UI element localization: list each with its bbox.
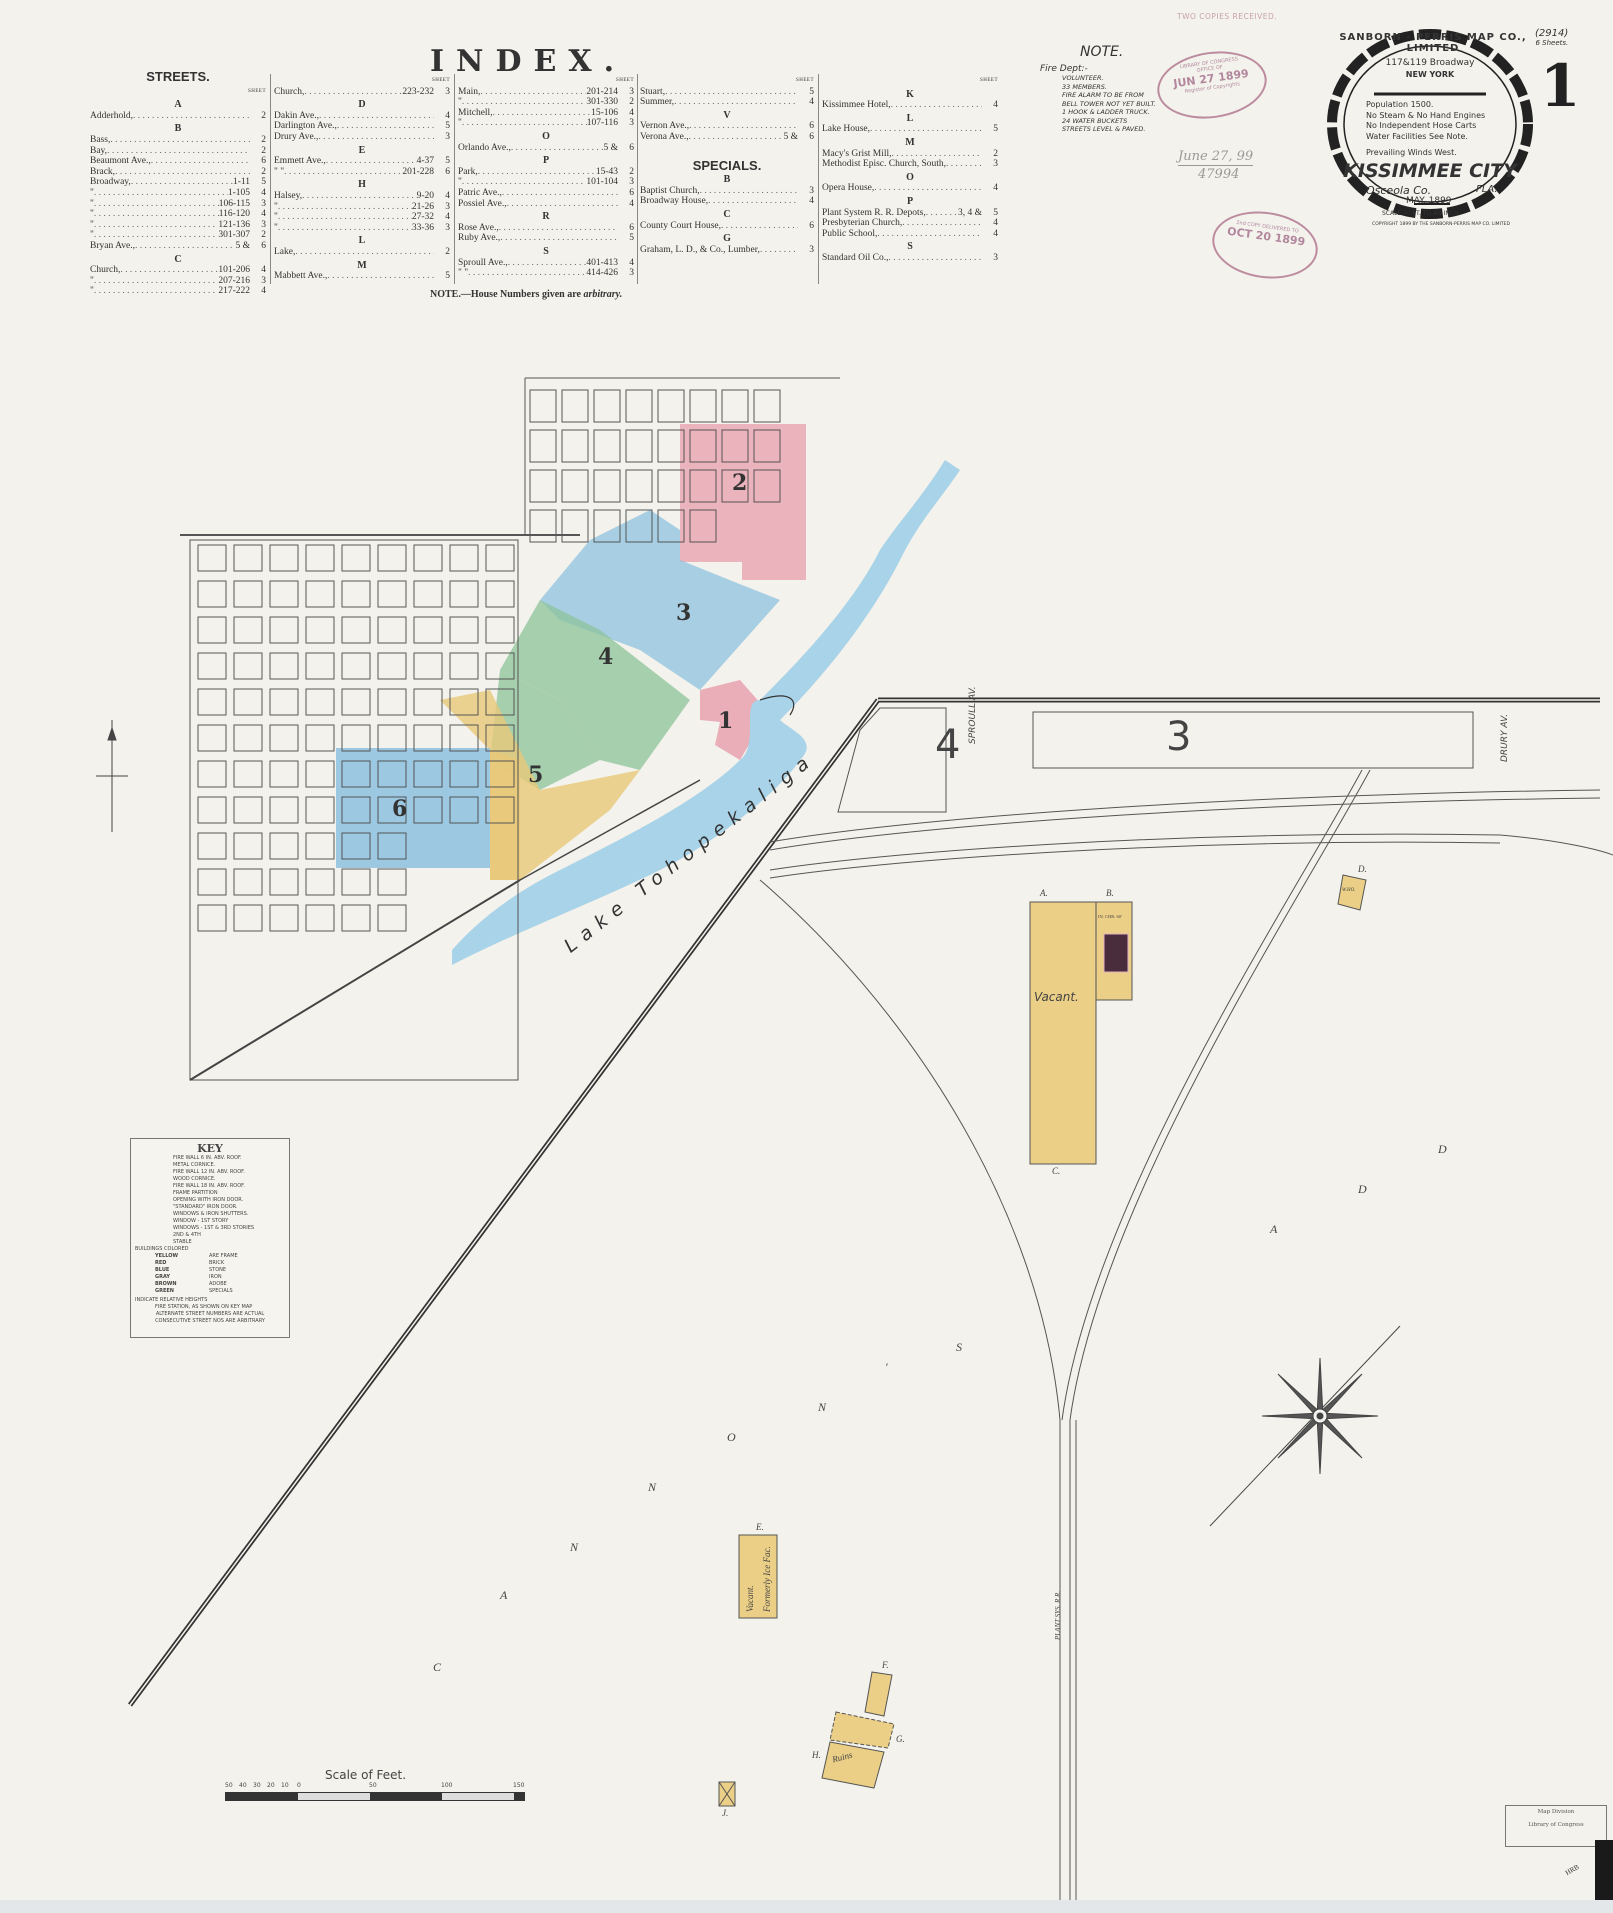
block-4-label: 4 — [935, 722, 960, 768]
city-block — [414, 725, 442, 751]
leader-dots — [480, 87, 586, 98]
index-entry-name: Possiel Ave., — [458, 199, 507, 210]
index-entry-range: 5 & — [235, 241, 250, 252]
index-entry-sheet: 2 — [250, 135, 266, 146]
index-entry-sheet: 3 — [618, 268, 634, 279]
leader-dots — [502, 188, 618, 199]
index-entry-sheet: 2 — [250, 146, 266, 157]
index-row: Brack,2 — [90, 167, 266, 178]
city-block — [234, 797, 262, 823]
key-item: Windows & iron shutters. — [173, 1211, 285, 1218]
city-block — [234, 617, 262, 643]
compass-rose-icon — [1210, 1326, 1400, 1526]
index-row: "217-2224 — [90, 286, 266, 297]
building-f[interactable] — [865, 1672, 892, 1716]
note-line: Volunteer. — [1062, 74, 1156, 83]
index-entry-sheet: 4 — [982, 229, 998, 240]
index-entry-sheet: 6 — [250, 241, 266, 252]
index-entry-name: Halsey, — [274, 191, 302, 202]
index-column: SHEETStuart,5Summer,4VVernon Ave.,6Veron… — [640, 76, 814, 255]
index-row: "1-1054 — [90, 188, 266, 199]
leader-dots — [877, 229, 982, 240]
key-item: "Standard" iron door. — [173, 1204, 285, 1211]
index-entry-name: County Court House, — [640, 221, 721, 232]
city-block — [450, 689, 478, 715]
index-entry-range: 101-206 — [218, 265, 250, 276]
index-entry-name: Bass, — [90, 135, 110, 146]
index-entry-sheet: 2 — [982, 149, 998, 160]
index-entry-sheet: 5 — [798, 87, 814, 98]
index-entry-range: 9-20 — [417, 191, 434, 202]
leader-dots — [304, 87, 402, 98]
city-block — [270, 761, 298, 787]
cannons-add-letter: N — [648, 1480, 656, 1495]
city-block — [486, 725, 514, 751]
leader-dots — [891, 100, 982, 111]
key-color-name: Red — [155, 1260, 205, 1267]
index-entry-sheet: 4 — [798, 196, 814, 207]
note-line: Streets level & paved. — [1062, 125, 1156, 134]
index-letter: O — [458, 132, 634, 143]
scale-tick: 50 — [225, 1782, 233, 1789]
key-color-row: Yelloware Frame — [155, 1253, 285, 1260]
index-row: Darlington Ave.,5 — [274, 121, 450, 132]
map-key: KEY Fire wall 6 in. abv. roof.Metal corn… — [130, 1138, 290, 1338]
city-block — [306, 689, 334, 715]
city-block — [306, 797, 334, 823]
leader-dots — [721, 221, 798, 232]
index-entry-sheet: 5 — [982, 124, 998, 135]
index-row: "101-1043 — [458, 177, 634, 188]
index-entry-sheet: 4 — [434, 111, 450, 122]
index-letter: S — [822, 242, 998, 253]
city-block — [198, 725, 226, 751]
leader-dots — [284, 167, 402, 178]
city-block — [270, 905, 298, 931]
index-entry-sheet: 6 — [618, 223, 634, 234]
city-block — [342, 869, 370, 895]
index-letter: B — [90, 124, 266, 135]
key-item: 2nd & 4th — [173, 1232, 285, 1239]
city-block — [626, 390, 652, 422]
index-entry-name: Adderhold, — [90, 111, 133, 122]
index-entry-name: Drury Ave., — [274, 132, 318, 143]
leader-dots — [278, 212, 412, 223]
streets-title: STREETS. — [90, 72, 266, 83]
city-block — [414, 797, 442, 823]
index-letter: M — [822, 138, 998, 149]
index-entry-sheet: 4 — [798, 97, 814, 108]
city-block — [198, 905, 226, 931]
index-entry-sheet: 4 — [434, 212, 450, 223]
city-block — [378, 653, 406, 679]
index-row: Baptist Church,3 — [640, 186, 814, 197]
city-block — [486, 761, 514, 787]
city-block — [486, 797, 514, 823]
leader-dots — [110, 135, 250, 146]
index-entry-sheet: 4 — [250, 265, 266, 276]
index-row: "33-363 — [274, 223, 450, 234]
index-entry-sheet: 3 — [434, 132, 450, 143]
leader-dots — [94, 220, 218, 231]
city-block — [562, 510, 588, 542]
index-entry-name: Methodist Episc. Church, South, — [822, 159, 946, 170]
index-row: Macy's Grist Mill,2 — [822, 149, 998, 160]
key-item: Fire wall 12 in. abv. roof. — [173, 1169, 285, 1176]
city-block — [342, 617, 370, 643]
city-block — [754, 430, 780, 462]
index-letter: C — [640, 210, 814, 221]
index-entry-sheet: 4 — [982, 218, 998, 229]
index-entry-name: Stuart, — [640, 87, 665, 98]
index-entry-sheet: 3 — [618, 118, 634, 129]
city-block — [754, 470, 780, 502]
leader-dots — [462, 118, 587, 129]
index-row: Possiel Ave.,4 — [458, 199, 634, 210]
index-entry-name: Lake House, — [822, 124, 870, 135]
index-entry-range: 101-104 — [586, 177, 618, 188]
index-entry-sheet: 3 — [434, 87, 450, 98]
index-entry-sheet: 4 — [250, 188, 266, 199]
scale-tick: 20 — [267, 1782, 275, 1789]
index-entry-name: Bay, — [90, 146, 107, 157]
city-block — [270, 581, 298, 607]
key-color-name: Brown — [155, 1281, 205, 1288]
city-block — [234, 545, 262, 571]
city-block — [530, 390, 556, 422]
index-row: "121-1363 — [90, 220, 266, 231]
city-block — [486, 581, 514, 607]
city-block — [450, 545, 478, 571]
leader-dots — [468, 268, 586, 279]
index-entry-range: 201-228 — [402, 167, 434, 178]
index-row: County Court House,6 — [640, 221, 814, 232]
building-g-h-ruins[interactable] — [830, 1712, 894, 1748]
city-block — [342, 725, 370, 751]
index-entry-range: 223-232 — [402, 87, 434, 98]
city-block — [378, 545, 406, 571]
city-block — [690, 470, 716, 502]
index-entry-range: 116-120 — [219, 209, 250, 220]
leader-dots — [499, 223, 618, 234]
city-block — [270, 797, 298, 823]
city-block — [486, 617, 514, 643]
index-entry-name: Church, — [90, 265, 120, 276]
index-entry-sheet: 2 — [618, 97, 634, 108]
key-color-row: RedBrick — [155, 1260, 285, 1267]
key-item: Opening with iron door. — [173, 1197, 285, 1204]
index-row: Bay,2 — [90, 146, 266, 157]
leader-dots — [107, 146, 250, 157]
index-entry-sheet: 3 — [982, 159, 998, 170]
leader-dots — [462, 177, 586, 188]
sheet-zone-number[interactable]: 5 — [528, 762, 543, 788]
scale-tick: 50 — [369, 1782, 377, 1789]
city-block — [658, 390, 684, 422]
city-block — [594, 430, 620, 462]
index-entry-sheet: 3 — [618, 177, 634, 188]
sheet-zone-number[interactable]: 3 — [676, 600, 691, 626]
index-title: INDEX. — [430, 44, 626, 79]
key-item: Fire wall 18 in. abv. roof. — [173, 1183, 285, 1190]
scale-tick: 30 — [253, 1782, 261, 1789]
key-color-name: Green — [155, 1288, 205, 1295]
key-color-name: Blue — [155, 1267, 205, 1274]
index-entry-sheet: 5 — [982, 208, 998, 219]
city-block — [626, 510, 652, 542]
index-entry-range: 5 & — [603, 143, 618, 154]
sheet-column-header: SHEET — [822, 76, 998, 87]
index-letter: P — [458, 156, 634, 167]
leader-dots — [508, 258, 587, 269]
note-line: 24 Water Buckets — [1062, 117, 1156, 126]
note-subtitle: Fire Dept:- — [1040, 64, 1156, 74]
cannons-add-letter: S — [956, 1340, 962, 1355]
city-block — [234, 761, 262, 787]
index-entry-range: 27-32 — [412, 212, 434, 223]
index-row: Mitchell,15-1064 — [458, 108, 634, 119]
fire-dept-note: NOTE. Fire Dept:- Volunteer.33 Members.F… — [1040, 44, 1156, 134]
city-block — [690, 390, 716, 422]
city-block — [658, 510, 684, 542]
index-divider — [454, 74, 455, 284]
cannons-add-letter: ' — [885, 1360, 888, 1375]
block-3[interactable] — [1033, 712, 1473, 768]
leader-dots — [889, 253, 983, 264]
sheet-column-header: SHEET — [90, 87, 266, 98]
city-block — [198, 761, 226, 787]
key-item: Wood cornice. — [173, 1176, 285, 1183]
city-block — [342, 833, 370, 859]
index-divider — [270, 74, 271, 284]
index-entry-sheet: 6 — [434, 167, 450, 178]
city-block — [342, 905, 370, 931]
sheet-zone-number[interactable]: 6 — [392, 796, 407, 822]
formerly-ice-factory-label: Formerly Ice Fac. — [762, 1546, 772, 1612]
city-block — [198, 689, 226, 715]
index-entry-name: Presbyterian Church, — [822, 218, 902, 229]
city-block — [198, 653, 226, 679]
city-block — [414, 653, 442, 679]
add-letter: D — [1358, 1182, 1367, 1197]
building-a-vacant[interactable] — [1030, 902, 1096, 1164]
key-color-row: BrownAdobe — [155, 1281, 285, 1288]
city-block — [378, 833, 406, 859]
city-block — [234, 833, 262, 859]
leader-dots — [507, 199, 618, 210]
index-letter: C — [90, 255, 266, 266]
city-block — [342, 689, 370, 715]
index-entry-name: Park, — [458, 167, 478, 178]
city-block — [306, 545, 334, 571]
index-row: Public School,4 — [822, 229, 998, 240]
index-row: Verona Ave.,5 &6 — [640, 132, 814, 143]
index-entry-sheet: 5 — [250, 177, 266, 188]
city-block — [626, 470, 652, 502]
index-entry-range: 121-136 — [218, 220, 250, 231]
index-entry-sheet: 3 — [434, 202, 450, 213]
index-entry-sheet: 5 — [434, 121, 450, 132]
index-entry-name: Patric Ave., — [458, 188, 502, 199]
index-entry-range: 301-307 — [218, 230, 250, 241]
leader-dots — [131, 177, 233, 188]
city-block — [342, 653, 370, 679]
index-row: Broadway,1-115 — [90, 177, 266, 188]
index-row: "301-3072 — [90, 230, 266, 241]
index-entry-sheet: 5 — [434, 156, 450, 167]
index-row: Lake House,5 — [822, 124, 998, 135]
index-entry-sheet: 4 — [434, 191, 450, 202]
city-block — [722, 430, 748, 462]
leader-dots — [94, 230, 218, 241]
index-entry-name: Darlington Ave., — [274, 121, 337, 132]
key-color-name: Yellow — [155, 1253, 205, 1260]
index-row: Orlando Ave.,5 &6 — [458, 143, 634, 154]
index-note: NOTE.—House Numbers given are arbitrary. — [430, 289, 622, 300]
city-block — [414, 689, 442, 715]
city-block — [234, 689, 262, 715]
index-entry-sheet: 6 — [798, 132, 814, 143]
index-row: Rose Ave.,6 — [458, 223, 634, 234]
city-block — [754, 390, 780, 422]
city-block — [378, 581, 406, 607]
city-block — [198, 797, 226, 823]
index-column: SHEETKKissimmee Hotel,4LLake House,5MMac… — [822, 76, 998, 264]
city-block — [198, 617, 226, 643]
scale-of-feet: Scale of Feet. 5040302010050100150 — [225, 1768, 525, 1801]
cannons-add-letter: N — [570, 1540, 578, 1555]
city-block — [306, 653, 334, 679]
index-column: SHEETChurch,223-2323DDakin Ave.,4Darling… — [274, 76, 450, 282]
leader-dots — [94, 276, 218, 287]
leader-dots — [870, 124, 982, 135]
city-block — [306, 761, 334, 787]
index-entry-name: Verona Ave., — [640, 132, 689, 143]
city-block — [450, 617, 478, 643]
index-row: Opera House,4 — [822, 183, 998, 194]
index-row: Broadway House,4 — [640, 196, 814, 207]
city-block — [530, 430, 556, 462]
index-entry-range: 15-43 — [596, 167, 618, 178]
leader-dots — [500, 233, 618, 244]
key-color-meaning: are Frame — [209, 1253, 238, 1260]
index-letter: O — [822, 173, 998, 184]
index-letter: V — [640, 111, 814, 122]
sheet-zone-number[interactable]: 4 — [598, 644, 613, 670]
scale-tick: 150 — [513, 1782, 524, 1789]
key-color-meaning: Iron — [209, 1274, 222, 1281]
index-row: Summer,4 — [640, 97, 814, 108]
index-entry-range: 217-222 — [218, 286, 250, 297]
city-block — [306, 869, 334, 895]
add-letter: D — [1438, 1142, 1447, 1157]
drury-av-label: DRURY AV. — [1500, 714, 1510, 762]
sheet-zone-number[interactable]: 2 — [732, 470, 747, 496]
index-row: "107-1163 — [458, 118, 634, 129]
index-entry-range: 15-106 — [591, 108, 618, 119]
index-divider — [818, 74, 819, 284]
city-block — [378, 905, 406, 931]
city-block — [306, 725, 334, 751]
block-4[interactable] — [838, 708, 946, 812]
index-entry-sheet: 6 — [618, 188, 634, 199]
index-entry-name: Vernon Ave., — [640, 121, 689, 132]
note-line: Fire alarm to be from — [1062, 91, 1156, 100]
index-entry-sheet: 3 — [434, 223, 450, 234]
city-block — [270, 833, 298, 859]
index-entry-name: Dakin Ave., — [274, 111, 319, 122]
index-entry-name: Summer, — [640, 97, 674, 108]
north-arrow-icon — [96, 720, 128, 832]
index-letter: E — [274, 146, 450, 157]
index-column: SHEETMain,201-2143"301-3302Mitchell,15-1… — [458, 76, 634, 279]
index-row: Lake,2 — [274, 247, 450, 258]
leader-dots — [151, 156, 250, 167]
index-row: Mabbett Ave.,5 — [274, 271, 450, 282]
city-block — [198, 833, 226, 859]
index-entry-sheet: 2 — [434, 247, 450, 258]
city-block — [342, 797, 370, 823]
leader-dots — [115, 167, 250, 178]
note-line: bell tower not yet built. — [1062, 100, 1156, 109]
city-block — [626, 430, 652, 462]
index-letter: G — [640, 234, 814, 245]
key-item: Window - 1st story — [173, 1218, 285, 1225]
city-block — [270, 653, 298, 679]
index-entry-name: Plant System R. R. Depots, — [822, 208, 926, 219]
index-entry-range: 4-37 — [417, 156, 434, 167]
index-row: Patric Ave.,6 — [458, 188, 634, 199]
city-block — [378, 869, 406, 895]
cannons-add-letter: N — [818, 1400, 826, 1415]
city-block — [658, 470, 684, 502]
key-item: Fire wall 6 in. abv. roof. — [173, 1155, 285, 1162]
index-entry-sheet: 4 — [982, 100, 998, 111]
index-entry-sheet: 4 — [250, 286, 266, 297]
city-block — [342, 545, 370, 571]
key-color-row: GreenSpecials — [155, 1288, 285, 1295]
leader-dots — [462, 97, 586, 108]
leader-dots — [511, 143, 604, 154]
index-row: Adderhold,2 — [90, 111, 266, 122]
index-letter: K — [822, 90, 998, 101]
index-row: "207-2163 — [90, 276, 266, 287]
city-block — [414, 761, 442, 787]
index-row: Church,223-2323 — [274, 87, 450, 98]
city-block — [270, 545, 298, 571]
index-row: Church,101-2064 — [90, 265, 266, 276]
index-row: Graham, L. D., & Co., Lumber,3 — [640, 245, 814, 256]
index-entry-range: 3, 4 & — [958, 208, 982, 219]
index-entry-name: Kissimmee Hotel, — [822, 100, 891, 111]
index-entry-name: Graham, L. D., & Co., Lumber, — [640, 245, 760, 256]
sheet-zone-number[interactable]: 1 — [718, 708, 733, 734]
city-block — [234, 905, 262, 931]
index-letter: A — [90, 100, 266, 111]
leader-dots — [295, 247, 434, 258]
handwritten-receipt: June 27, 99 47994 — [1178, 148, 1253, 183]
key-color-meaning: Brick — [209, 1260, 224, 1267]
index-entry-name: Macy's Grist Mill, — [822, 149, 892, 160]
index-entry-sheet: 3 — [798, 245, 814, 256]
index-row: " "201-2286 — [274, 167, 450, 178]
city-block — [342, 581, 370, 607]
city-block — [450, 797, 478, 823]
index-entry-name: Beaumont Ave., — [90, 156, 151, 167]
leader-dots — [902, 218, 982, 229]
city-block — [414, 545, 442, 571]
index-entry-sheet: 3 — [798, 186, 814, 197]
